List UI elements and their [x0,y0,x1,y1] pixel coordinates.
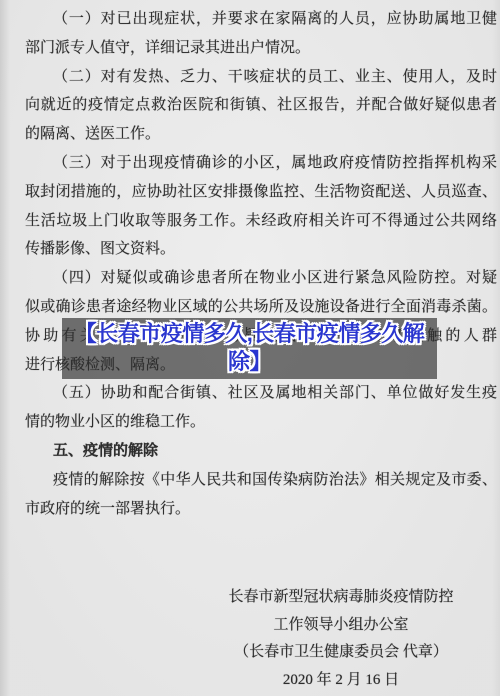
document-line: 情的物业小区的维稳工作。 [25,408,497,437]
document-line: 五、疫情的解除 [25,437,497,466]
document-line: 向就近的疫情定点救治医院和街镇、社区报告，并配合做好疑似患者 [25,91,497,120]
document-line: 疫情的解除按《中华人民共和国传染病防治法》相关规定及市委、 [25,466,497,495]
watermark-text-line1: 【长春市疫情多久,长春市疫情多久解 [75,321,425,346]
footer-line: 长春市新型冠状病毒肺炎疫情防控 [210,584,472,612]
document-line: （一）对已出现症状，并要求在家隔离的人员，应协助属地卫健 [25,5,497,34]
footer-line: 工作领导小组办公室 [210,612,472,640]
document-line: 取封闭措施的，应协助社区安排摄像监控、生活物资配送、人员巡查、 [25,178,497,207]
watermark-overlay: 【长春市疫情多久,长春市疫情多久解 除】 [62,318,437,379]
document-line: （二）对有发热、乏力、干咳症状的员工、业主、使用人，及时 [25,63,497,92]
document-line: 生活垃圾上门收取等服务工作。未经政府相关许可不得通过公共网络 [25,207,497,236]
watermark-text-line2: 除】 [228,349,271,374]
document-line: 传播影像、图文资料。 [25,235,497,264]
footer-block: 长春市新型冠状病毒肺炎疫情防控工作领导小组办公室（长春市卫生健康委员会 代章）2… [210,584,472,695]
document-line: （四）对疑似或确诊患者所在物业小区进行紧急风险防控。对疑 [25,264,497,293]
document-body: （一）对已出现症状，并要求在家隔离的人员，应协助属地卫健部门派专人值守，详细记录… [25,5,497,523]
document-line: （三）对于出现疫情确诊的小区，属地政府疫情防控指挥机构采 [25,149,497,178]
document-line: 的隔离、送医工作。 [25,120,497,149]
footer-line: 2020 年 2 月 16 日 [210,667,472,695]
document-line: 市政府的统一部署执行。 [25,495,497,524]
document-line: 部门派专人值守，详细记录其进出户情况。 [25,34,497,63]
footer-line: （长春市卫生健康委员会 代章） [210,639,472,667]
document-line: （五）协助和配合街镇、社区及属地相关部门、单位做好发生疫 [25,379,497,408]
